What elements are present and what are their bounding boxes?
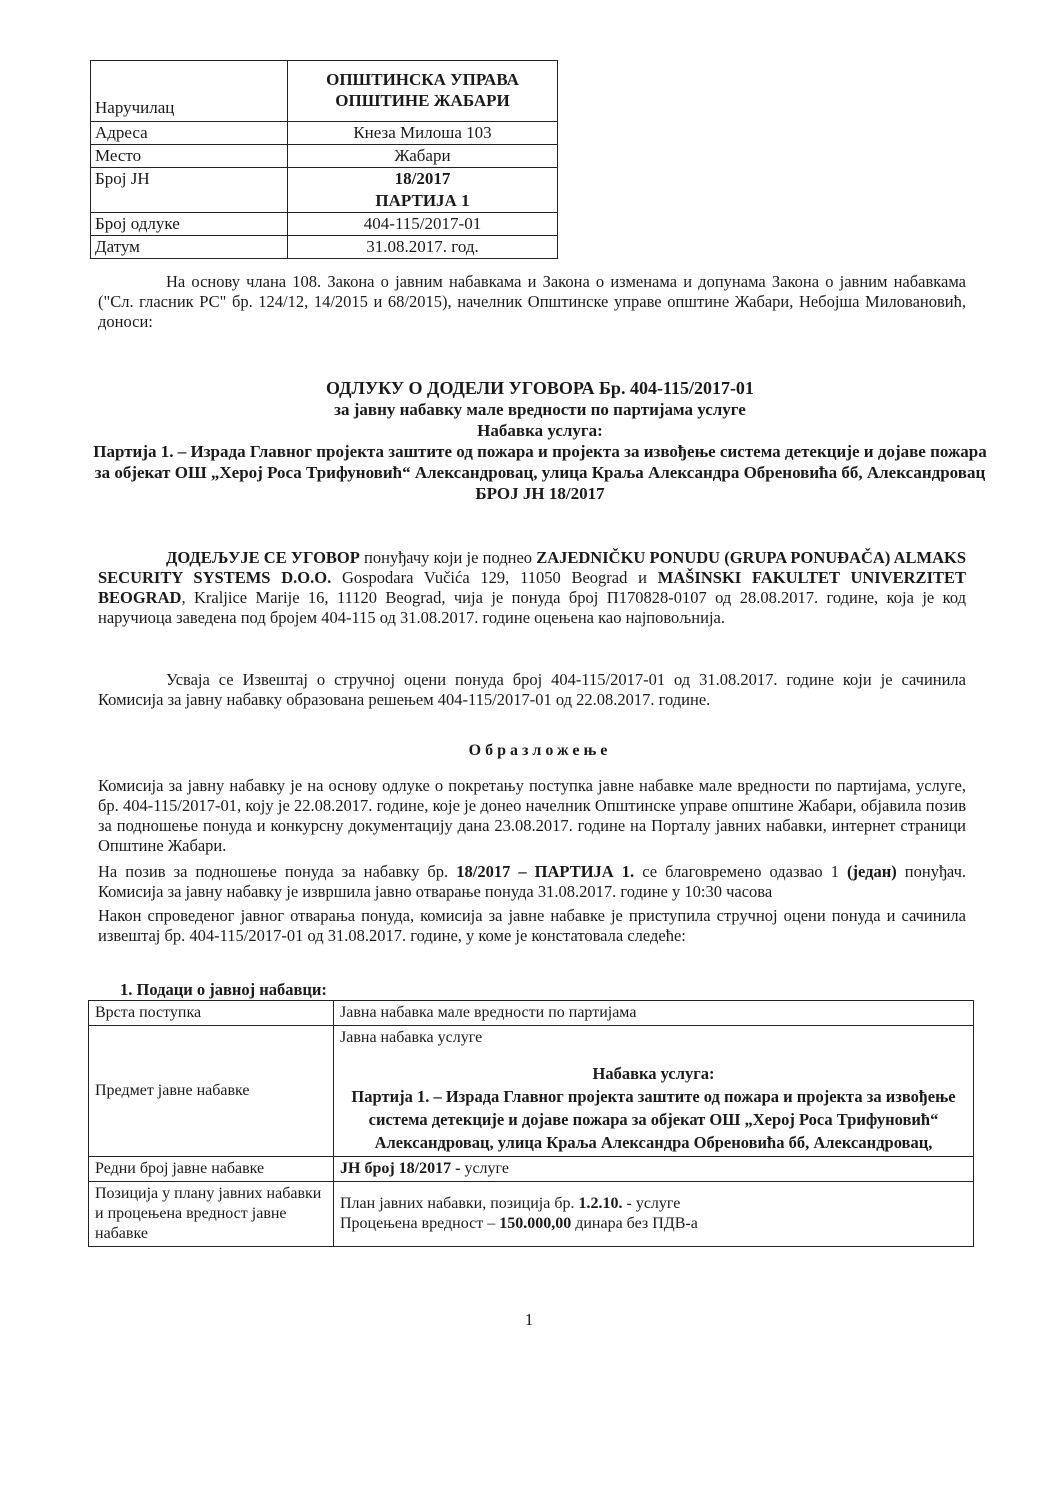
explanation-paragraph-1: Комисија за јавну набавку је на основу о… xyxy=(98,776,966,856)
row-value: План јавних набавки, позиција бр. 1.2.10… xyxy=(334,1182,974,1247)
header-row-date: Датум 31.08.2017. год. xyxy=(91,236,558,259)
decision-title: ОДЛУКУ О ДОДЕЛИ УГОВОРА Бр. 404-115/2017… xyxy=(90,378,990,504)
award-paragraph: ДОДЕЉУЈЕ СЕ УГОВОР понуђачу који је подн… xyxy=(98,548,966,628)
header-label: Датум xyxy=(91,236,288,259)
header-label: Место xyxy=(91,145,288,168)
header-value: 31.08.2017. год. xyxy=(288,236,558,259)
header-row-procurement-number: Број ЈН 18/2017 ПАРТИЈА 1 xyxy=(91,168,558,213)
header-row-decision-number: Број одлуке 404-115/2017-01 xyxy=(91,213,558,236)
header-row-contracting-authority: Наручилац ОПШТИНСКА УПРАВА ОПШТИНЕ ЖАБАР… xyxy=(91,61,558,122)
row-label: Предмет јавне набавке xyxy=(89,1026,334,1157)
header-value: Кнеза Милоша 103 xyxy=(288,122,558,145)
row-label: Врста поступка xyxy=(89,1001,334,1026)
table-row: Редни број јавне набавке ЈН број 18/2017… xyxy=(89,1157,974,1182)
procurement-data-table: Врста поступка Јавна набавка мале вредно… xyxy=(88,1000,974,1247)
procurement-number: ЈН број 18/2017 - xyxy=(340,1160,460,1177)
text: услуге xyxy=(460,1160,509,1177)
table-row: Врста поступка Јавна набавка мале вредно… xyxy=(89,1001,974,1026)
header-label: Број ЈН xyxy=(91,168,288,213)
explanation-paragraph-3: Након спроведеног јавног отварања понуда… xyxy=(98,906,966,946)
subject-subtitle: Набавка услуга: xyxy=(340,1062,967,1085)
report-paragraph: Усваја се Извештај о стручној оцени пону… xyxy=(98,670,966,710)
header-label: Адреса xyxy=(91,122,288,145)
subject-intro: Јавна набавка услуге xyxy=(340,1028,967,1048)
header-label: Наручилац xyxy=(91,61,288,122)
lot-number: ПАРТИЈА 1 xyxy=(292,190,553,212)
row-value: Јавна набавка мале вредности по партијам… xyxy=(334,1001,974,1026)
header-value: 18/2017 ПАРТИЈА 1 xyxy=(288,168,558,213)
explanation-heading: Образложење xyxy=(90,742,990,760)
authority-name-line1: ОПШТИНСКА УПРАВА xyxy=(292,69,553,90)
title-line: ОДЛУКУ О ДОДЕЛИ УГОВОРА Бр. 404-115/2017… xyxy=(90,378,990,399)
table-row: Предмет јавне набавке Јавна набавка услу… xyxy=(89,1026,974,1157)
section-title: 1. Подаци о јавној набавци: xyxy=(120,980,327,1000)
estimated-value: Процењена вредност – 150.000,00 динара б… xyxy=(340,1214,967,1234)
header-label: Број одлуке xyxy=(91,213,288,236)
subject-description: Партија 1. – Израда Главног пројекта заш… xyxy=(340,1085,967,1154)
header-value: Жабари xyxy=(288,145,558,168)
explanation-paragraph-2: На позив за подношење понуда за набавку … xyxy=(98,862,966,902)
title-line: Партија 1. – Израда Главног пројекта заш… xyxy=(90,441,990,483)
award-lead: ДОДЕЉУЈЕ СЕ УГОВОР xyxy=(166,548,360,567)
title-line: БРОЈ ЈН 18/2017 xyxy=(90,483,990,504)
bidder-count: (један) xyxy=(847,862,897,881)
plan-position: План јавних набавки, позиција бр. 1.2.10… xyxy=(340,1194,967,1214)
authority-name-line2: ОПШТИНЕ ЖАБАРИ xyxy=(292,90,553,111)
row-label: Редни број јавне набавке xyxy=(89,1157,334,1182)
award-text: понуђачу који је поднео xyxy=(360,548,536,567)
row-value: ЈН број 18/2017 - услуге xyxy=(334,1157,974,1182)
award-text: Gospodara Vučića 129, 11050 Beograd и xyxy=(331,568,658,587)
text: На позив за подношење понуда за набавку … xyxy=(98,862,456,881)
document-page: Наручилац ОПШТИНСКА УПРАВА ОПШТИНЕ ЖАБАР… xyxy=(0,0,1058,1497)
text: се благовремено одазвао 1 xyxy=(634,862,847,881)
procurement-ref: 18/2017 – ПАРТИЈА 1. xyxy=(456,862,634,881)
procurement-number: 18/2017 xyxy=(292,168,553,190)
award-text: , Kraljice Marije 16, 11120 Beograd, чиј… xyxy=(98,588,966,627)
header-value: ОПШТИНСКА УПРАВА ОПШТИНЕ ЖАБАРИ xyxy=(288,61,558,122)
row-label: Позиција у плану јавних набавки и процењ… xyxy=(89,1182,334,1247)
page-number: 1 xyxy=(0,1310,1058,1330)
row-value: Јавна набавка услуге Набавка услуга: Пар… xyxy=(334,1026,974,1157)
header-value: 404-115/2017-01 xyxy=(288,213,558,236)
table-row: Позиција у плану јавних набавки и процењ… xyxy=(89,1182,974,1247)
header-row-place: Место Жабари xyxy=(91,145,558,168)
title-line: Набавка услуга: xyxy=(90,420,990,441)
header-row-address: Адреса Кнеза Милоша 103 xyxy=(91,122,558,145)
title-line: за јавну набавку мале вредности по парти… xyxy=(90,399,990,420)
intro-paragraph: На основу члана 108. Закона о јавним наб… xyxy=(98,272,966,332)
header-info-table: Наручилац ОПШТИНСКА УПРАВА ОПШТИНЕ ЖАБАР… xyxy=(90,60,558,259)
